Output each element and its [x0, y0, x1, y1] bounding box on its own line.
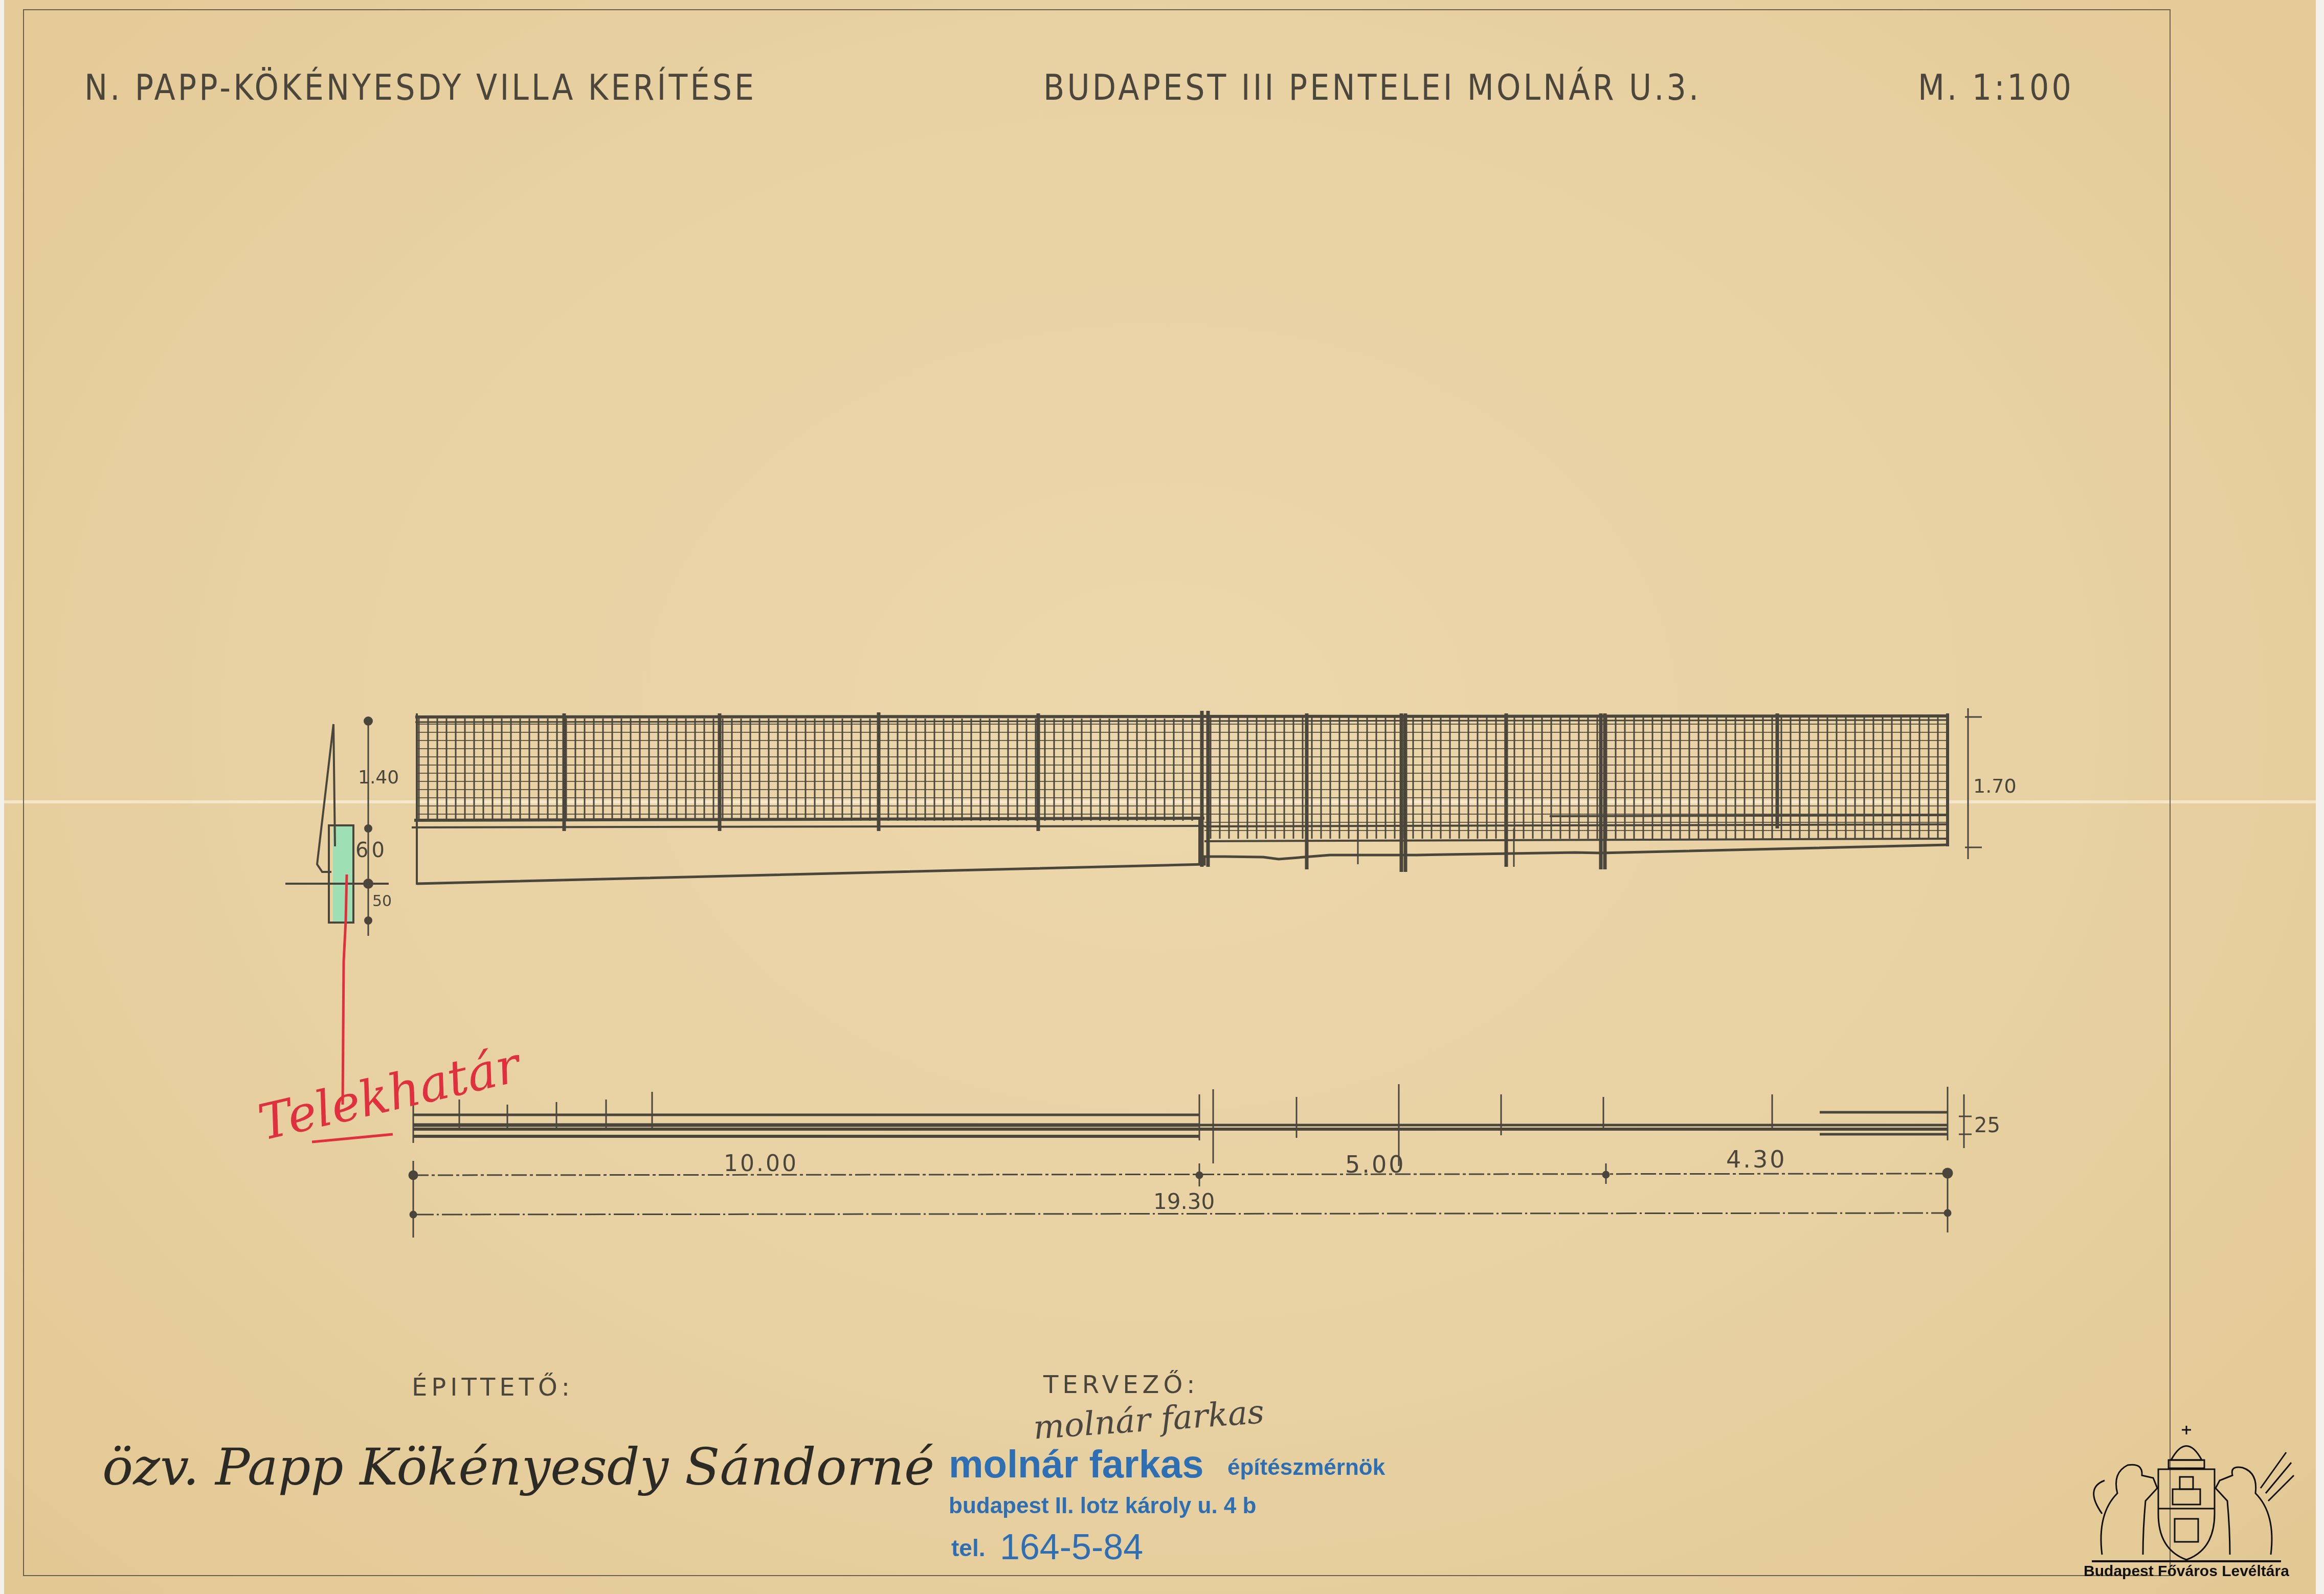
dim-total-height-1-70: 1.70	[1973, 775, 2017, 797]
dim-segment-4-30: 4.30	[1726, 1146, 1786, 1173]
dim-segment-5-00: 5.00	[1345, 1151, 1405, 1178]
dim-wall-thickness-25: 25	[1974, 1114, 2000, 1137]
archive-caption: Budapest Főváros Levéltára	[2066, 1563, 2307, 1580]
dim-plinth-60: 60	[355, 839, 388, 862]
dim-segment-10-00: 10.00	[724, 1151, 798, 1177]
client-signature: özv. Papp Kökényesdy Sándorné	[102, 1437, 934, 1497]
stamp-address: budapest II. lotz károly u. 4 b	[949, 1493, 1256, 1519]
concrete-foundation-fill	[333, 825, 353, 923]
fence-elevation	[412, 711, 1949, 885]
stamp-designer-name: molnár farkas	[949, 1442, 1203, 1487]
designer-label: TERVEZŐ:	[1043, 1371, 1199, 1399]
client-label: ÉPITTETŐ:	[412, 1373, 574, 1402]
stamp-telephone: 164-5-84	[1000, 1526, 1143, 1567]
dim-total-19-30: 19.30	[1153, 1189, 1215, 1214]
dim-foundation-50: 50	[372, 892, 392, 910]
budapest-coat-of-arms-icon	[2066, 1411, 2307, 1565]
dim-post-height-1-40: 1.40	[358, 767, 399, 788]
archive-watermark: Budapest Főváros Levéltára	[2066, 1411, 2307, 1585]
stamp-tel-prefix: tel.	[951, 1534, 985, 1562]
stamp-designer-title: építészmérnök	[1227, 1455, 1385, 1480]
